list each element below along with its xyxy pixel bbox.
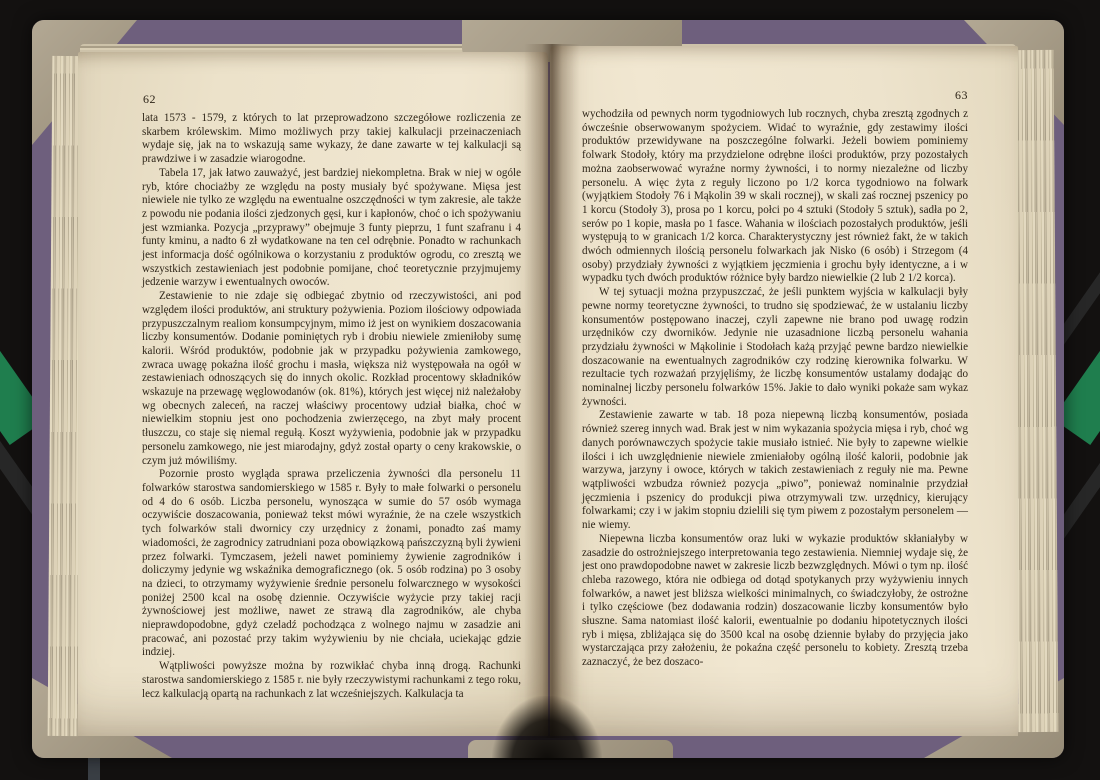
cradle-foot — [88, 756, 100, 780]
paragraph: Niepewna liczba konsumentów oraz luki w … — [582, 533, 968, 670]
right-page-text: wychodziła od pewnych norm tygodniowych … — [582, 108, 968, 670]
paragraph: wychodziła od pewnych norm tygodniowych … — [582, 108, 968, 286]
paragraph: Zestawienie zawarte w tab. 18 poza niepe… — [582, 409, 968, 532]
spine-cloth-bottom — [468, 740, 673, 758]
paragraph: Pozornie prosto wygląda sprawa przelicze… — [142, 468, 521, 660]
paragraph: Zestawienie to nie zdaje się odbiegać zb… — [142, 290, 521, 468]
paragraph: lata 1573 - 1579, z których to lat przep… — [142, 112, 521, 167]
paragraph: Wątpliwości powyższe można by rozwikłać … — [142, 660, 521, 701]
page-number-left: 62 — [143, 92, 156, 107]
scan-background: 62 lata 1573 - 1579, z których to lat pr… — [0, 0, 1100, 780]
paragraph: W tej sytuacji można przypuszczać, że je… — [582, 286, 968, 409]
paragraph: Tabela 17, jak łatwo zauważyć, jest bard… — [142, 167, 521, 290]
left-page-text: lata 1573 - 1579, z których to lat przep… — [142, 112, 521, 701]
page-edges-right — [1014, 50, 1059, 732]
page-number-right: 63 — [582, 88, 968, 103]
